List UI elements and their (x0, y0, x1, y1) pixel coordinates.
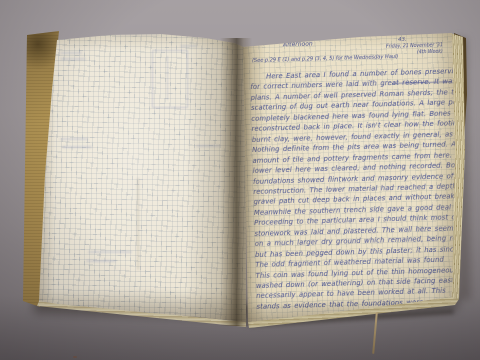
page-gutter (220, 38, 252, 326)
page-shading (36, 30, 250, 330)
page-shading (242, 30, 458, 328)
surface-speck (73, 356, 77, 358)
notebook-photo: Afternoon 43. Friday, 21 November '31 (4… (0, 0, 480, 360)
